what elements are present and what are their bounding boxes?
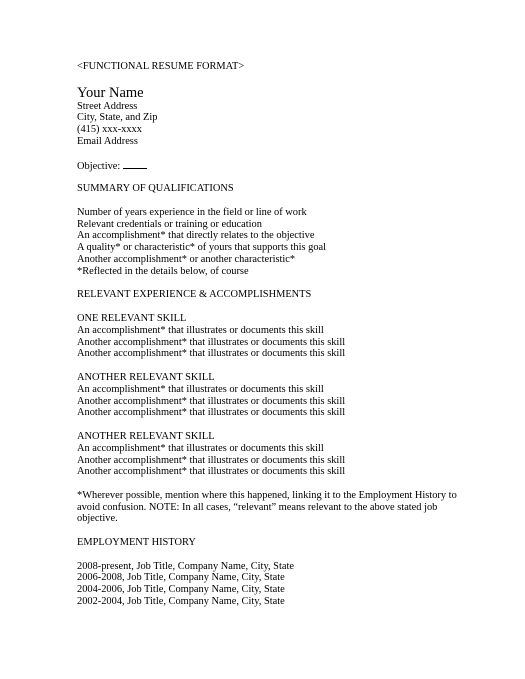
employment-item: 2008-present, Job Title, Company Name, C… [77,561,477,573]
objective-blank [123,160,147,169]
skill-item: An accomplishment* that illustrates or d… [77,384,477,396]
objective-label: Objective: [77,161,120,172]
spacer [77,278,477,290]
skill-item: Another accomplishment* that illustrates… [77,396,477,408]
spacer [77,73,477,85]
applicant-name: Your Name [77,85,477,101]
skill-item: An accomplishment* that illustrates or d… [77,443,477,455]
spacer [77,360,477,372]
skill-title: ANOTHER RELEVANT SKILL [77,431,477,443]
employment-item: 2002-2004, Job Title, Company Name, City… [77,596,477,608]
spacer [77,478,477,490]
spacer [77,419,477,431]
email-address: Email Address [77,136,477,148]
summary-item: Relevant credentials or training or educ… [77,219,477,231]
spacer [77,525,477,537]
skill-item: An accomplishment* that illustrates or d… [77,325,477,337]
spacer [77,148,477,160]
summary-heading: SUMMARY OF QUALIFICATIONS [77,183,477,195]
experience-note: *Wherever possible, mention where this h… [77,490,457,525]
summary-item: Number of years experience in the field … [77,207,477,219]
resume-document: <FUNCTIONAL RESUME FORMAT> Your Name Str… [77,61,477,608]
phone-number: (415) xxx-xxxx [77,124,477,136]
skill-item: Another accomplishment* that illustrates… [77,466,477,478]
spacer [77,549,477,561]
skill-item: Another accomplishment* that illustrates… [77,337,477,349]
format-label: <FUNCTIONAL RESUME FORMAT> [77,61,477,73]
skill-item: Another accomplishment* that illustrates… [77,348,477,360]
spacer [77,171,477,183]
skill-title: ANOTHER RELEVANT SKILL [77,372,477,384]
employment-item: 2004-2006, Job Title, Company Name, City… [77,584,477,596]
city-state-zip: City, State, and Zip [77,112,477,124]
objective-line: Objective: [77,160,477,172]
experience-heading: RELEVANT EXPERIENCE & ACCOMPLISHMENTS [77,289,477,301]
spacer [77,195,477,207]
summary-item: Another accomplishment* or another chara… [77,254,477,266]
summary-item: A quality* or characteristic* of yours t… [77,242,477,254]
skill-title: ONE RELEVANT SKILL [77,313,477,325]
employment-item: 2006-2008, Job Title, Company Name, City… [77,572,477,584]
employment-heading: EMPLOYMENT HISTORY [77,537,477,549]
summary-item: An accomplishment* that directly relates… [77,230,477,242]
summary-footnote: *Reflected in the details below, of cour… [77,266,477,278]
spacer [77,301,477,313]
street-address: Street Address [77,101,477,113]
skill-item: Another accomplishment* that illustrates… [77,407,477,419]
skill-item: Another accomplishment* that illustrates… [77,455,477,467]
